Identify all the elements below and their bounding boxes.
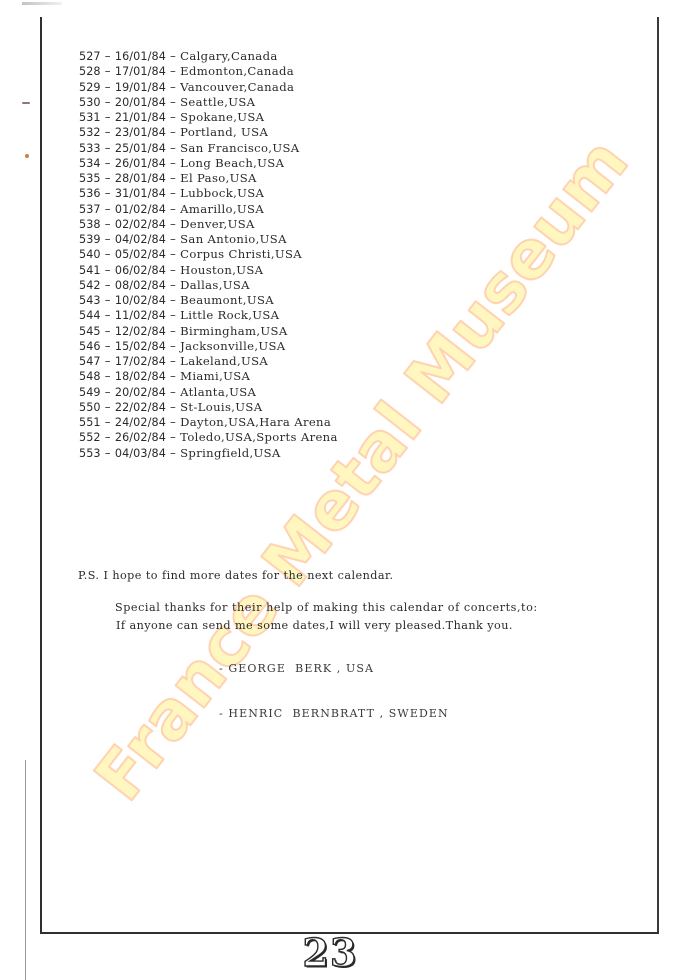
concert-row: 549 – 20/02/84 – Atlanta,USA	[79, 385, 338, 400]
separator: –	[166, 430, 180, 444]
separator: –	[101, 110, 115, 124]
concert-row: 552 – 26/02/84 – Toledo,USA,Sports Arena	[79, 430, 338, 445]
concert-location: Dayton,USA,Hara Arena	[180, 415, 331, 429]
concert-date: 31/01/84	[115, 187, 166, 200]
concert-location: Long Beach,USA	[180, 156, 284, 170]
separator: –	[166, 125, 180, 139]
concert-date: 12/02/84	[115, 325, 166, 338]
concert-number: 550	[79, 401, 101, 414]
concert-date: 21/01/84	[115, 111, 166, 124]
concert-row: 539 – 04/02/84 – San Antonio,USA	[79, 232, 338, 247]
concert-number: 530	[79, 96, 101, 109]
separator: –	[166, 324, 180, 338]
concert-row: 546 – 15/02/84 – Jacksonville,USA	[79, 339, 338, 354]
separator: –	[166, 110, 180, 124]
concert-date: 01/02/84	[115, 203, 166, 216]
concert-number: 529	[79, 81, 101, 94]
separator: –	[101, 171, 115, 185]
concert-date: 16/01/84	[115, 50, 166, 63]
separator: –	[166, 415, 180, 429]
separator: –	[101, 80, 115, 94]
concert-number: 532	[79, 126, 101, 139]
concert-row: 551 – 24/02/84 – Dayton,USA,Hara Arena	[79, 415, 338, 430]
concert-number: 544	[79, 309, 101, 322]
separator: –	[101, 354, 115, 368]
separator: –	[166, 64, 180, 78]
concert-row: 550 – 22/02/84 – St-Louis,USA	[79, 400, 338, 415]
concert-row: 536 – 31/01/84 – Lubbock,USA	[79, 186, 338, 201]
concert-row: 547 – 17/02/84 – Lakeland,USA	[79, 354, 338, 369]
scan-artifact	[25, 154, 29, 158]
separator: –	[166, 354, 180, 368]
concert-location: San Francisco,USA	[180, 141, 299, 155]
separator: –	[101, 202, 115, 216]
concert-number: 551	[79, 416, 101, 429]
concert-row: 548 – 18/02/84 – Miami,USA	[79, 369, 338, 384]
concert-location: San Antonio,USA	[180, 232, 287, 246]
concert-location: Birmingham,USA	[180, 324, 287, 338]
concert-row: 528 – 17/01/84 – Edmonton,Canada	[79, 64, 338, 79]
concert-number: 545	[79, 325, 101, 338]
separator: –	[101, 217, 115, 231]
separator: –	[166, 171, 180, 185]
concert-date: 23/01/84	[115, 126, 166, 139]
separator: –	[101, 232, 115, 246]
concert-number: 535	[79, 172, 101, 185]
concert-number: 536	[79, 187, 101, 200]
concert-date: 20/02/84	[115, 386, 166, 399]
postscript-line-1: P.S. I hope to find more dates for the n…	[78, 568, 513, 585]
separator: –	[166, 80, 180, 94]
concert-date: 02/02/84	[115, 218, 166, 231]
concert-row: 542 – 08/02/84 – Dallas,USA	[79, 278, 338, 293]
concert-row: 535 – 28/01/84 – El Paso,USA	[79, 171, 338, 186]
concert-date: 04/03/84	[115, 447, 166, 460]
concert-row: 541 – 06/02/84 – Houston,USA	[79, 263, 338, 278]
concert-location: Springfield,USA	[180, 446, 281, 460]
concert-location: Corpus Christi,USA	[180, 247, 302, 261]
concert-date: 11/02/84	[115, 309, 166, 322]
separator: –	[166, 49, 180, 63]
concert-row: 529 – 19/01/84 – Vancouver,Canada	[79, 80, 338, 95]
concert-date: 06/02/84	[115, 264, 166, 277]
separator: –	[101, 263, 115, 277]
separator: –	[166, 339, 180, 353]
concert-number: 537	[79, 203, 101, 216]
concert-date: 25/01/84	[115, 142, 166, 155]
page-number: 23	[0, 930, 660, 975]
concert-location: Houston,USA	[180, 263, 263, 277]
separator: –	[166, 156, 180, 170]
concert-number: 540	[79, 248, 101, 261]
concert-date: 19/01/84	[115, 81, 166, 94]
concert-number: 534	[79, 157, 101, 170]
concert-location: Jacksonville,USA	[180, 339, 285, 353]
concert-location: Dallas,USA	[180, 278, 250, 292]
separator: –	[101, 141, 115, 155]
concert-location: Beaumont,USA	[180, 293, 274, 307]
separator: –	[166, 217, 180, 231]
concert-number: 527	[79, 50, 101, 63]
separator: –	[101, 64, 115, 78]
thanks-text: Special thanks for their help of making …	[115, 601, 538, 614]
concert-location: Atlanta,USA	[180, 385, 256, 399]
separator: –	[166, 232, 180, 246]
concert-number: 531	[79, 111, 101, 124]
concert-location: Amarillo,USA	[180, 202, 264, 216]
separator: –	[166, 247, 180, 261]
concert-location: St-Louis,USA	[180, 400, 262, 414]
separator: –	[101, 49, 115, 63]
separator: –	[101, 324, 115, 338]
concert-number: 538	[79, 218, 101, 231]
concert-date: 22/02/84	[115, 401, 166, 414]
concert-date: 05/02/84	[115, 248, 166, 261]
concert-number: 533	[79, 142, 101, 155]
concert-row: 538 – 02/02/84 – Denver,USA	[79, 217, 338, 232]
concert-number: 539	[79, 233, 101, 246]
concert-row: 527 – 16/01/84 – Calgary,Canada	[79, 49, 338, 64]
credit-item: - HENRIC BERNBRATT , SWEDEN	[219, 706, 449, 721]
concert-location: Spokane,USA	[180, 110, 264, 124]
concert-date: 26/01/84	[115, 157, 166, 170]
separator: –	[101, 446, 115, 460]
concert-location: Lakeland,USA	[180, 354, 268, 368]
concert-date: 04/02/84	[115, 233, 166, 246]
concert-row: 544 – 11/02/84 – Little Rock,USA	[79, 308, 338, 323]
separator: –	[166, 263, 180, 277]
concert-location: Seattle,USA	[180, 95, 255, 109]
separator: –	[101, 308, 115, 322]
separator: –	[101, 385, 115, 399]
separator: –	[101, 95, 115, 109]
concert-row: 531 – 21/01/84 – Spokane,USA	[79, 110, 338, 125]
concert-list: 527 – 16/01/84 – Calgary,Canada528 – 17/…	[79, 49, 338, 461]
separator: –	[101, 247, 115, 261]
concert-date: 20/01/84	[115, 96, 166, 109]
concert-date: 26/02/84	[115, 431, 166, 444]
concert-location: Edmonton,Canada	[180, 64, 294, 78]
concert-date: 24/02/84	[115, 416, 166, 429]
separator: –	[101, 430, 115, 444]
credit-item: - GEORGE BERK , USA	[219, 661, 449, 676]
concert-row: 545 – 12/02/84 – Birmingham,USA	[79, 324, 338, 339]
separator: –	[166, 308, 180, 322]
concert-number: 528	[79, 65, 101, 78]
concert-number: 542	[79, 279, 101, 292]
scan-artifact	[22, 2, 62, 5]
concert-row: 553 – 04/03/84 – Springfield,USA	[79, 446, 338, 461]
concert-number: 548	[79, 370, 101, 383]
concert-number: 546	[79, 340, 101, 353]
concert-location: Little Rock,USA	[180, 308, 279, 322]
concert-date: 17/01/84	[115, 65, 166, 78]
concert-number: 552	[79, 431, 101, 444]
concert-location: Vancouver,Canada	[180, 80, 294, 94]
concert-location: Toledo,USA,Sports Arena	[180, 430, 338, 444]
concert-number: 553	[79, 447, 101, 460]
separator: –	[101, 415, 115, 429]
separator: –	[101, 293, 115, 307]
concert-row: 543 – 10/02/84 – Beaumont,USA	[79, 293, 338, 308]
concert-date: 18/02/84	[115, 370, 166, 383]
concert-location: Calgary,Canada	[180, 49, 277, 63]
credits-list: - GEORGE BERK , USA - HENRIC BERNBRATT ,…	[219, 631, 449, 736]
concert-date: 15/02/84	[115, 340, 166, 353]
separator: –	[101, 156, 115, 170]
concert-row: 532 – 23/01/84 – Portland, USA	[79, 125, 338, 140]
separator: –	[166, 186, 180, 200]
concert-date: 08/02/84	[115, 279, 166, 292]
concert-date: 10/02/84	[115, 294, 166, 307]
concert-number: 547	[79, 355, 101, 368]
separator: –	[166, 369, 180, 383]
separator: –	[166, 446, 180, 460]
concert-number: 549	[79, 386, 101, 399]
concert-row: 533 – 25/01/84 – San Francisco,USA	[79, 141, 338, 156]
concert-location: Miami,USA	[180, 369, 250, 383]
separator: –	[166, 385, 180, 399]
separator: –	[166, 141, 180, 155]
concert-number: 541	[79, 264, 101, 277]
concert-location: Portland, USA	[180, 125, 268, 139]
concert-location: El Paso,USA	[180, 171, 257, 185]
concert-row: 540 – 05/02/84 – Corpus Christi,USA	[79, 247, 338, 262]
separator: –	[101, 186, 115, 200]
separator: –	[101, 369, 115, 383]
separator: –	[101, 278, 115, 292]
concert-date: 17/02/84	[115, 355, 166, 368]
concert-location: Denver,USA	[180, 217, 255, 231]
concert-row: 530 – 20/01/84 – Seattle,USA	[79, 95, 338, 110]
separator: –	[101, 339, 115, 353]
separator: –	[101, 400, 115, 414]
separator: –	[101, 125, 115, 139]
separator: –	[166, 95, 180, 109]
separator: –	[166, 202, 180, 216]
separator: –	[166, 278, 180, 292]
concert-row: 534 – 26/01/84 – Long Beach,USA	[79, 156, 338, 171]
concert-number: 543	[79, 294, 101, 307]
concert-row: 537 – 01/02/84 – Amarillo,USA	[79, 202, 338, 217]
separator: –	[166, 400, 180, 414]
concert-date: 28/01/84	[115, 172, 166, 185]
concert-location: Lubbock,USA	[180, 186, 264, 200]
scan-artifact	[22, 102, 30, 104]
separator: –	[166, 293, 180, 307]
